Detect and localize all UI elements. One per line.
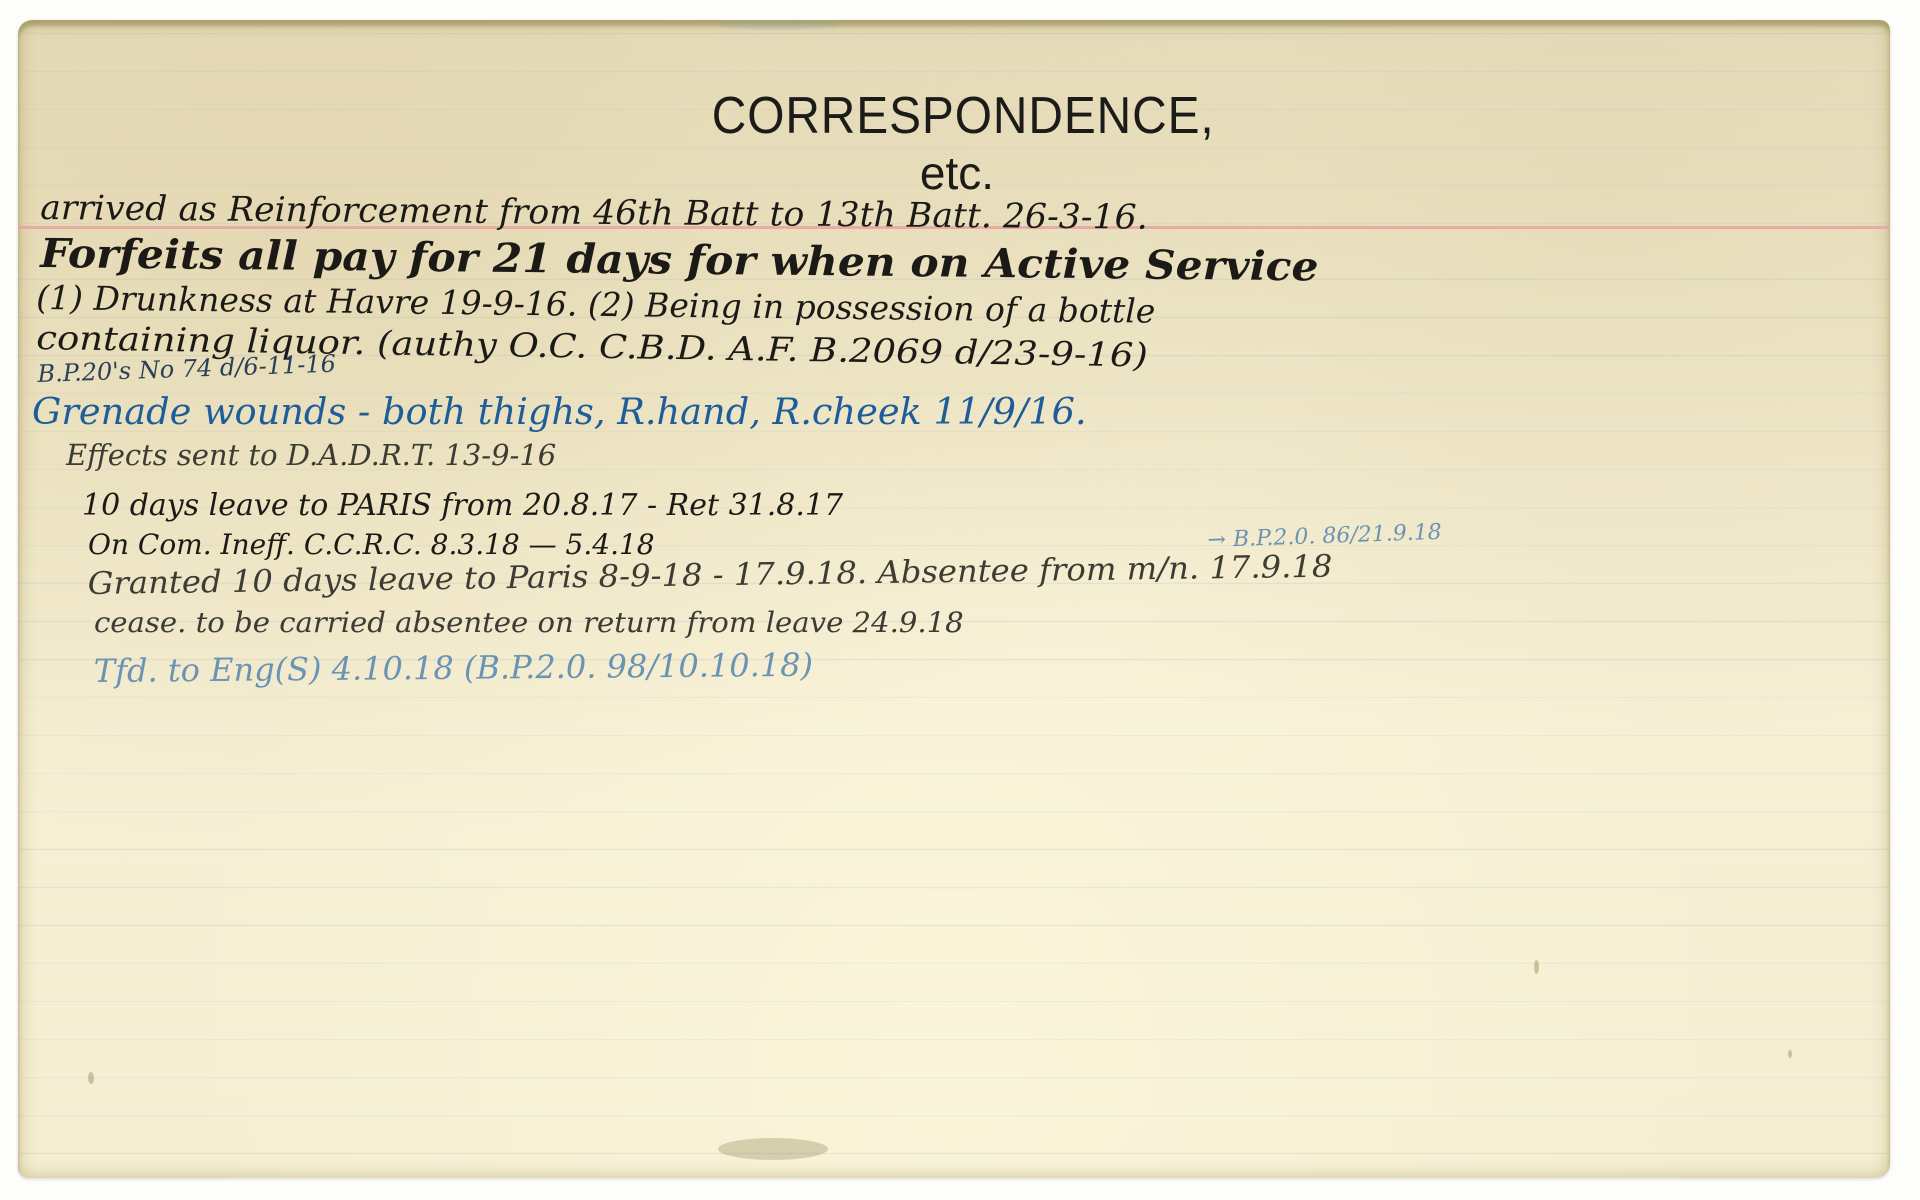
entry-leave-paris-1917: 10 days leave to PARIS from 20.8.17 - Re…	[82, 488, 843, 523]
card-heading: CORRESPONDENCE,	[93, 86, 1815, 146]
entry-effects-sent: Effects sent to D.A.D.R.T. 13-9-16	[66, 438, 556, 472]
entry-transferred-england: Tfd. to Eng(S) 4.10.18 (B.P.2.0. 98/10.1…	[94, 646, 814, 690]
entry-com-ineff: On Com. Ineff. C.C.R.C. 8.3.18 — 5.4.18	[88, 528, 655, 561]
record-card: CORRESPONDENCE, etc. arrived as Reinforc…	[18, 20, 1890, 1178]
ink-dot	[88, 1072, 94, 1084]
entry-absentee-cease: cease. to be carried absentee on return …	[94, 606, 964, 639]
smudge	[718, 1138, 828, 1160]
ink-dot	[1788, 1050, 1792, 1058]
entry-reinforcement: arrived as Reinforcement from 46th Batt …	[40, 188, 1148, 238]
ink-stain	[718, 20, 838, 30]
ink-dot	[1534, 960, 1539, 974]
entry-grenade-wounds: Grenade wounds - both thighs, R.hand, R.…	[32, 392, 1087, 433]
